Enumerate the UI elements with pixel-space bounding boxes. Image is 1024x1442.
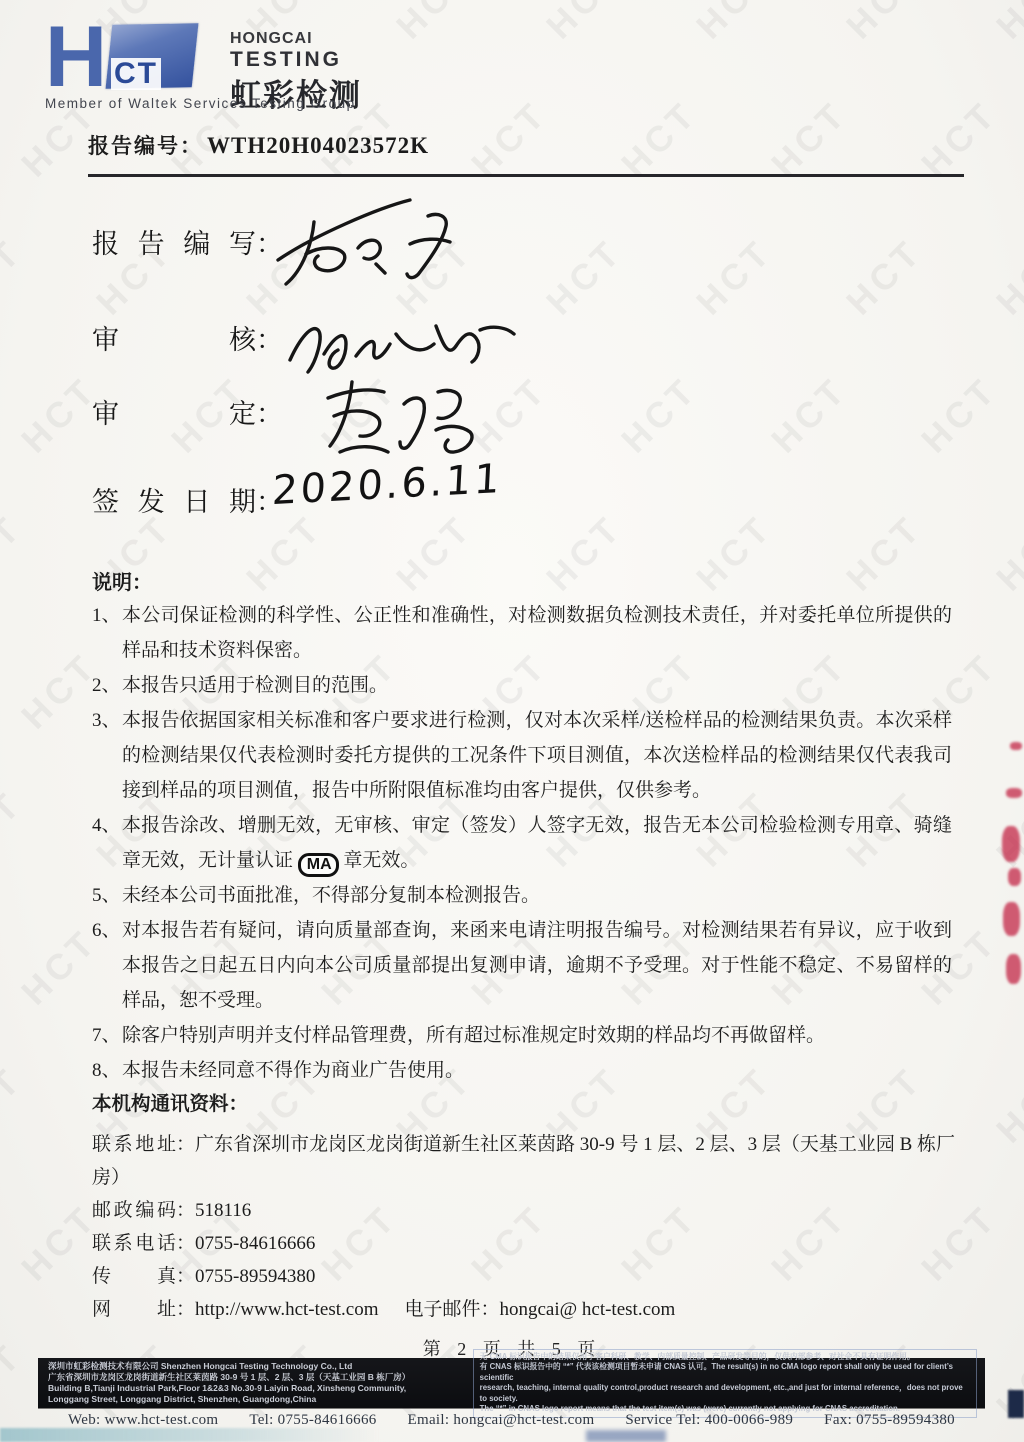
footer-tel: Tel: 0755-84616666 [249, 1412, 376, 1429]
label-reviewer: 审核： [92, 318, 283, 357]
contact-phone-row: 联系电话：0755-84616666 [92, 1227, 962, 1260]
website-url: http://www.hct-test.com [195, 1299, 378, 1320]
note-item-6: 6、 对本报告若有疑问，请向质量部查询，来函来电请注明报告编号。对检测结果若有异… [92, 913, 952, 1018]
label-report-writer: 报告编写： [92, 222, 283, 261]
cma-mark-icon: MA [298, 853, 339, 877]
report-page: HCTHCTHCTHCTHCTHCTHCTHCTHCTHCTHCTHCTHCTH… [0, 0, 1024, 1442]
notes-list: 1、 本公司保证检测的科学性、公正性和准确性，对检测数据负检测技术责任，并对委托… [92, 598, 952, 1088]
note-item-1: 1、 本公司保证检测的科学性、公正性和准确性，对检测数据负检测技术责任，并对委托… [92, 598, 952, 668]
seal-fragment [1006, 954, 1021, 984]
contact-fax-row: 传真：0755-89594380 [92, 1260, 962, 1293]
footer-email: Email: hongcai@hct-test.com [408, 1412, 595, 1429]
logo-hongcai-text: HONGCAI [230, 30, 313, 48]
footer-service-tel: Service Tel: 400-0066-989 [625, 1412, 793, 1429]
label-issue-date: 签发日期： [92, 480, 283, 519]
scan-smudge [586, 1430, 666, 1442]
contact-postcode-row: 邮政编码：518116 [92, 1194, 962, 1227]
scan-artifact [1008, 1390, 1024, 1418]
company-logo: H CT HONGCAI TESTING 虹彩检测 Member of Walt… [45, 22, 475, 122]
report-number-label: 报告编号： [88, 134, 203, 158]
note-item-8: 8、 本报告未经同意不得作为商业广告使用。 [92, 1053, 952, 1088]
contact-heading: 本机构通讯资料： [92, 1088, 962, 1116]
footer-disclaimer-block: 无 CMA 标识报告中的结果仅用于客户科研、教学、内部质量控制、产品研发等目的，… [473, 1349, 977, 1418]
note-item-4: 4、 本报告涂改、增删无效，无审核、审定（签发）人签字无效，报告无本公司检验检测… [92, 808, 952, 878]
notes-heading: 说明： [92, 566, 152, 595]
contact-section: 本机构通讯资料： 联系地址：广东省深圳市龙岗区龙岗街道新生社区莱茵路 30-9 … [92, 1088, 962, 1326]
seal-fragment [1003, 902, 1020, 936]
note-item-2: 2、 本报告只适用于检测目的范围。 [92, 668, 952, 703]
seal-fragment [1010, 742, 1022, 750]
scan-smudge [0, 1428, 380, 1442]
email-label: 电子邮件： [404, 1299, 499, 1320]
report-number-value: WTH20H04023572K [207, 133, 429, 158]
footer-bar: 深圳市虹彩检测技术有限公司 Shenzhen Hongcai Testing T… [38, 1358, 985, 1408]
contact-address-row: 联系地址：广东省深圳市龙岗区龙岗街道新生社区莱茵路 30-9 号 1 层、2 层… [92, 1128, 962, 1194]
logo-ct-letters: CT [111, 58, 161, 90]
writer-signature [258, 188, 490, 300]
footer-web: Web: www.hct-test.com [68, 1412, 218, 1429]
contact-web-row: 网址：http://www.hct-test.com电子邮件：hongcai@ … [92, 1293, 962, 1326]
label-approver: 审定： [92, 392, 283, 431]
footer-contact-strip: Web: www.hct-test.com Tel: 0755-84616666… [38, 1412, 985, 1429]
email-value: hongcai@ hct-test.com [500, 1299, 676, 1320]
logo-testing-text: TESTING [230, 48, 342, 72]
logo-member-line: Member of Waltek Services Testing Group [45, 96, 356, 111]
note-item-5: 5、 未经本公司书面批准，不得部分复制本检测报告。 [92, 878, 952, 913]
logo-h-letter: H [45, 8, 105, 107]
footer-fax: Fax: 0755-89594380 [824, 1412, 955, 1429]
note-item-7: 7、 除客户特别声明并支付样品管理费，所有超过标准规定时效期的样品均不再做留样。 [92, 1018, 952, 1053]
seal-fragment [1002, 826, 1020, 862]
seal-fragment [1006, 788, 1022, 798]
report-number-row: 报告编号： WTH20H04023572K [88, 130, 964, 177]
note-item-3: 3、 本报告依据国家相关标准和客户要求进行检测，仅对本次采样/送检样品的检测结果… [92, 703, 952, 808]
footer-company-block: 深圳市虹彩检测技术有限公司 Shenzhen Hongcai Testing T… [38, 1358, 471, 1408]
seal-fragment [1008, 868, 1021, 886]
